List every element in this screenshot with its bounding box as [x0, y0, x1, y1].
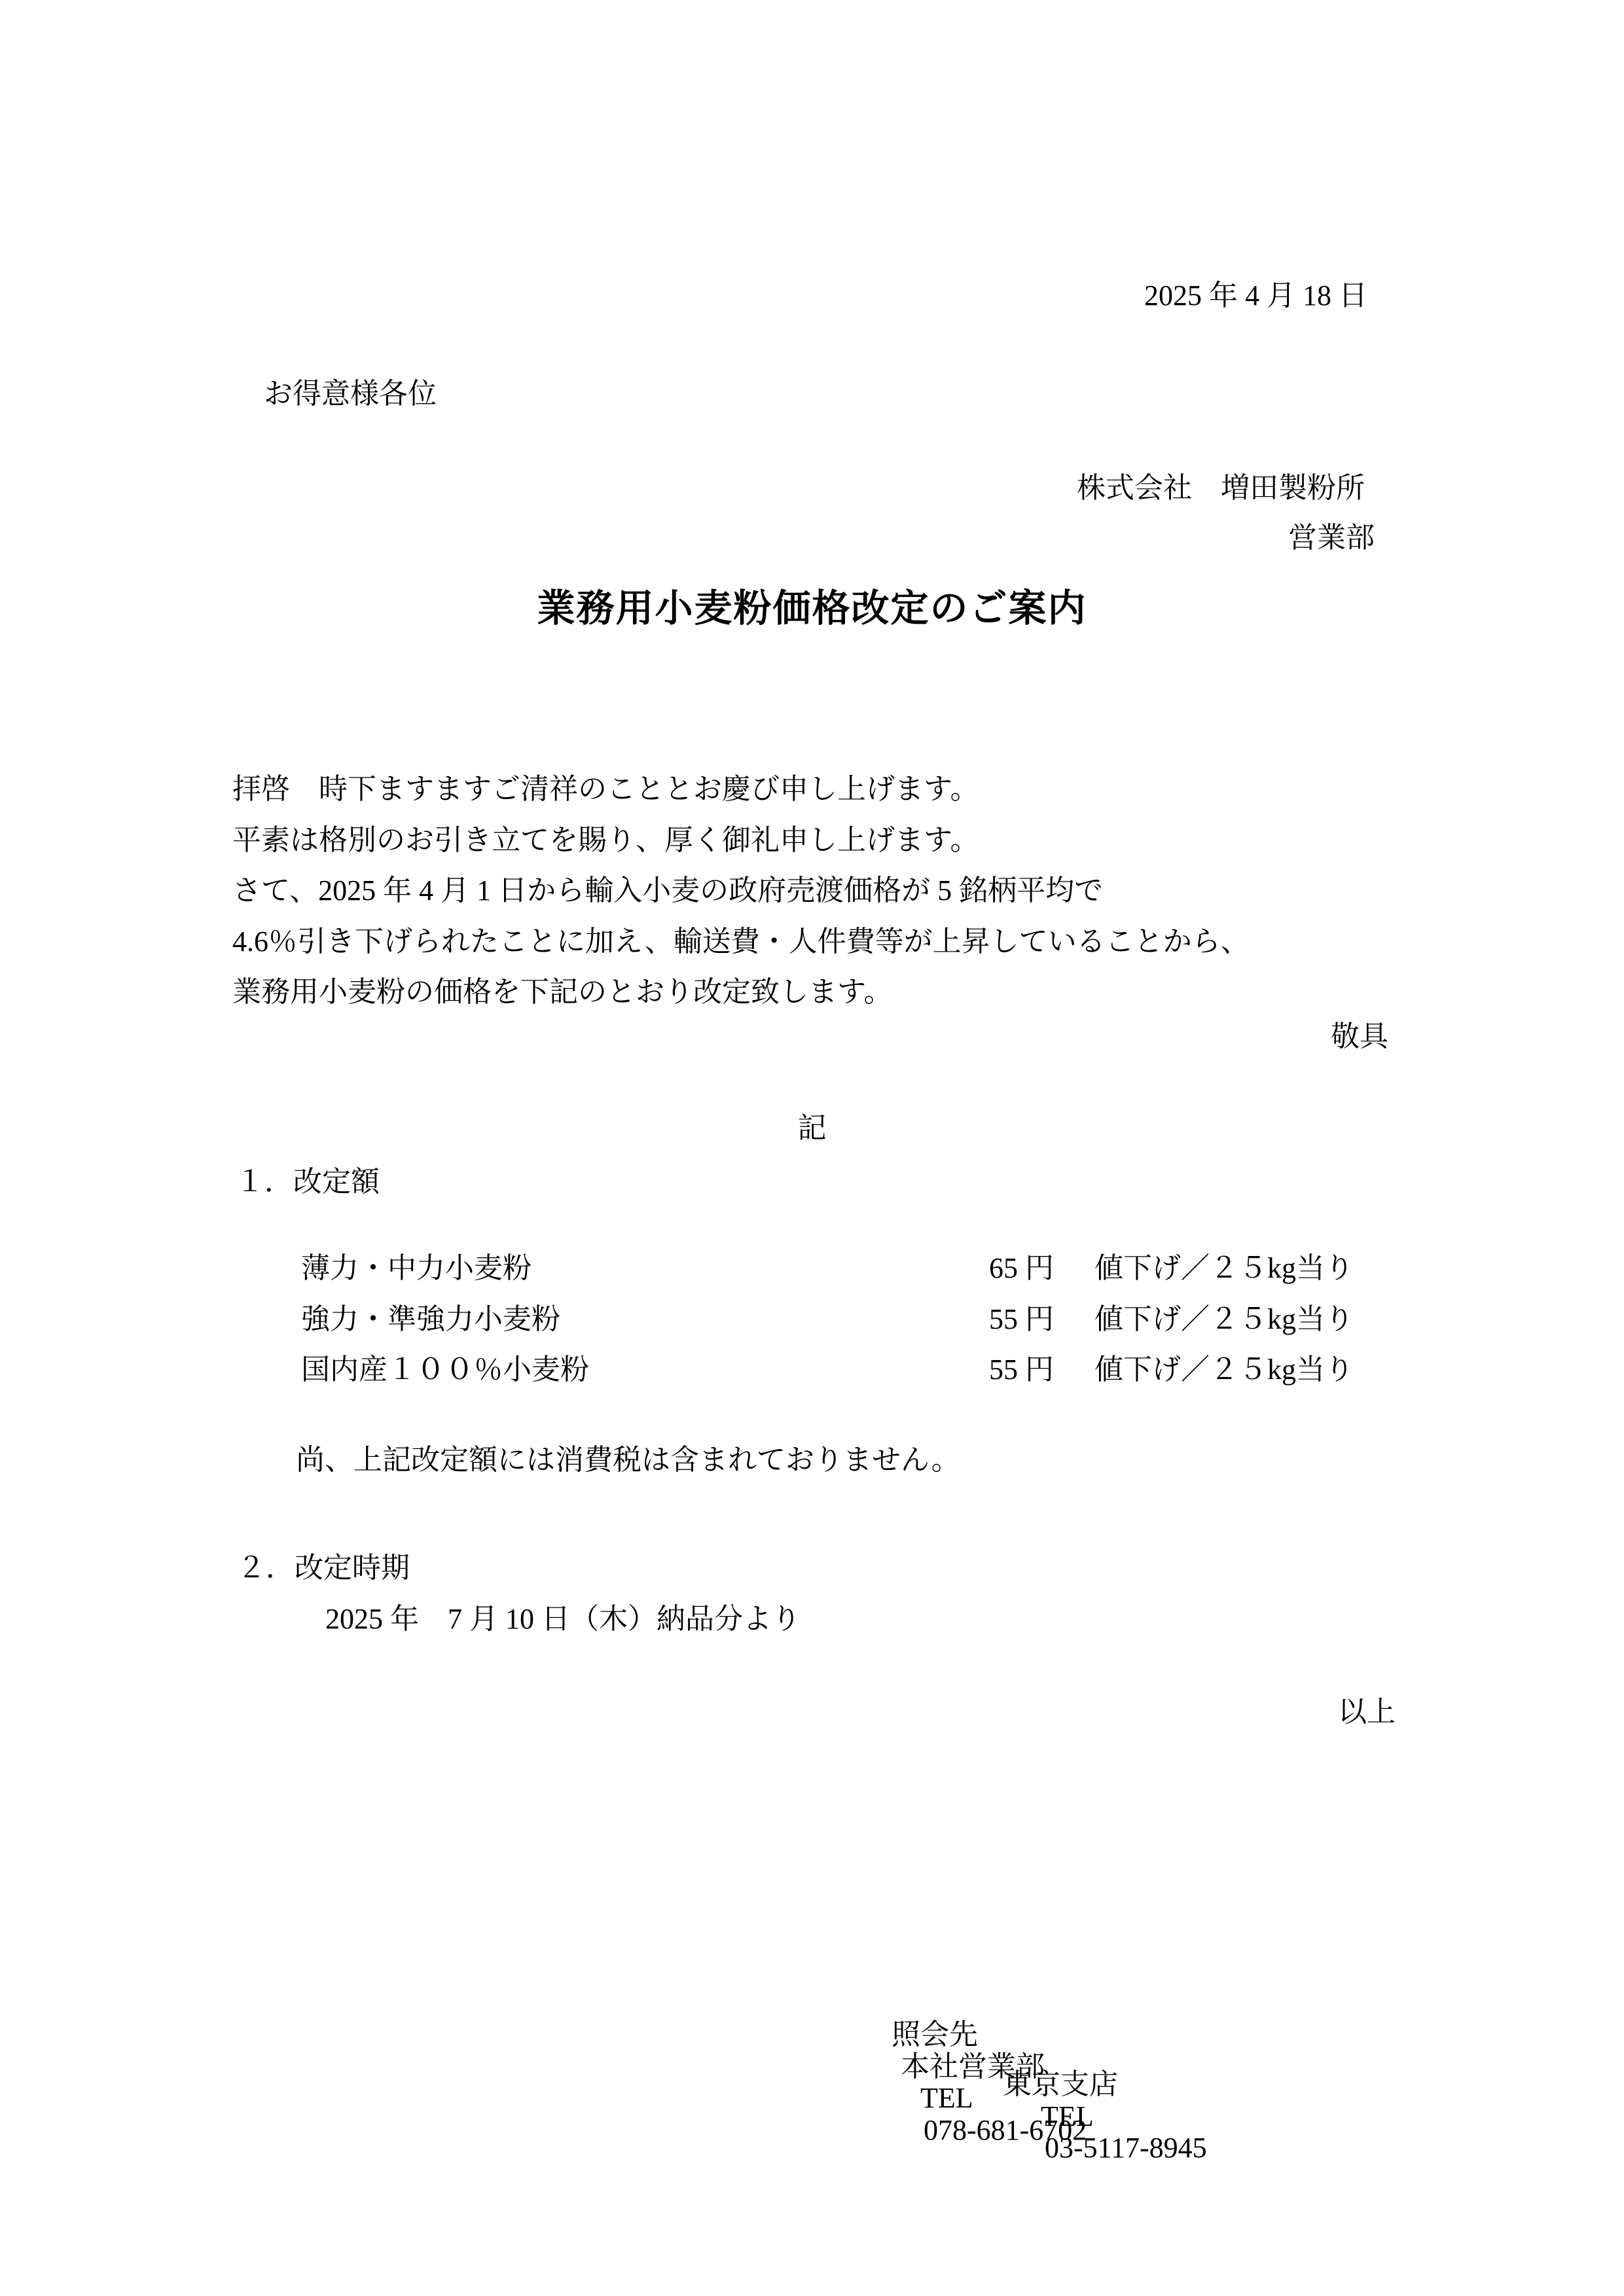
- document-title: 業務用小麦粉価格改定のご案内: [0, 588, 1624, 630]
- price-change: 値下げ／２５kg当り: [1094, 1253, 1354, 1284]
- letter-page: 2025 年 4 月 18 日 お得意様各位 株式会社 増田製粉所 営業部 業務…: [0, 0, 1624, 2296]
- contact-office-2: 東京支店: [1003, 2069, 1118, 2100]
- contact-tel-label-1: TEL: [920, 2083, 973, 2114]
- end-marker: 以上: [1338, 1696, 1396, 1728]
- section2-heading: ２．改定時期: [237, 1552, 410, 1584]
- record-marker: 記: [0, 1113, 1624, 1144]
- section1-heading: １．改定額: [236, 1166, 380, 1198]
- price-change: 値下げ／２５kg当り: [1094, 1354, 1354, 1386]
- body-line-4: 4.6％引き下げられたことに加え、輸送費・人件費等が上昇していることから、: [232, 926, 1250, 958]
- greeting-line-2: 平素は格別のお引き立てを賜り、厚く御礼申し上げます。: [232, 825, 979, 856]
- letter-date: 2025 年 4 月 18 日: [1144, 280, 1367, 312]
- body-line-5: 業務用小麦粉の価格を下記のとおり改定致します。: [232, 977, 892, 1008]
- greeting-line-1: 拝啓 時下ますますご清祥のこととお慶び申し上げます。: [232, 774, 979, 805]
- price-amount: 55 円: [989, 1304, 1054, 1335]
- price-amount: 65 円: [989, 1253, 1054, 1284]
- contact-tel-label-2: TEL: [1041, 2101, 1094, 2132]
- contact-line-tokyo-branch: 東京支店 TEL 03-5117-8945: [974, 2037, 1207, 2196]
- contact-label: 照会先: [892, 2019, 978, 2051]
- product-name: 国内産１００％小麦粉: [301, 1354, 589, 1386]
- recipient: お得意様各位: [264, 378, 437, 410]
- department-name: 営業部: [1288, 522, 1375, 554]
- price-amount: 55 円: [989, 1354, 1054, 1386]
- price-row: 国内産１００％小麦粉 55 円 値下げ／２５kg当り: [301, 1354, 1545, 1391]
- body-line-3: さて、2025 年 4 月 1 日から輸入小麦の政府売渡価格が 5 銘柄平均で: [232, 875, 1103, 906]
- product-name: 薄力・中力小麦粉: [301, 1253, 532, 1284]
- price-change: 値下げ／２５kg当り: [1094, 1304, 1354, 1335]
- effective-date: 2025 年 7 月 10 日（木）納品分より: [325, 1604, 801, 1635]
- price-row: 強力・準強力小麦粉 55 円 値下げ／２５kg当り: [301, 1304, 1545, 1340]
- product-name: 強力・準強力小麦粉: [301, 1304, 560, 1335]
- contact-tel-number-2: 03-5117-8945: [1045, 2132, 1207, 2164]
- company-name: 株式会社 増田製粉所: [1077, 473, 1365, 504]
- tax-note: 尚、上記改定額には消費税は含まれておりません。: [296, 1444, 960, 1476]
- price-row: 薄力・中力小麦粉 65 円 値下げ／２５kg当り: [301, 1253, 1545, 1289]
- closing-keigu: 敬具: [1331, 1021, 1388, 1052]
